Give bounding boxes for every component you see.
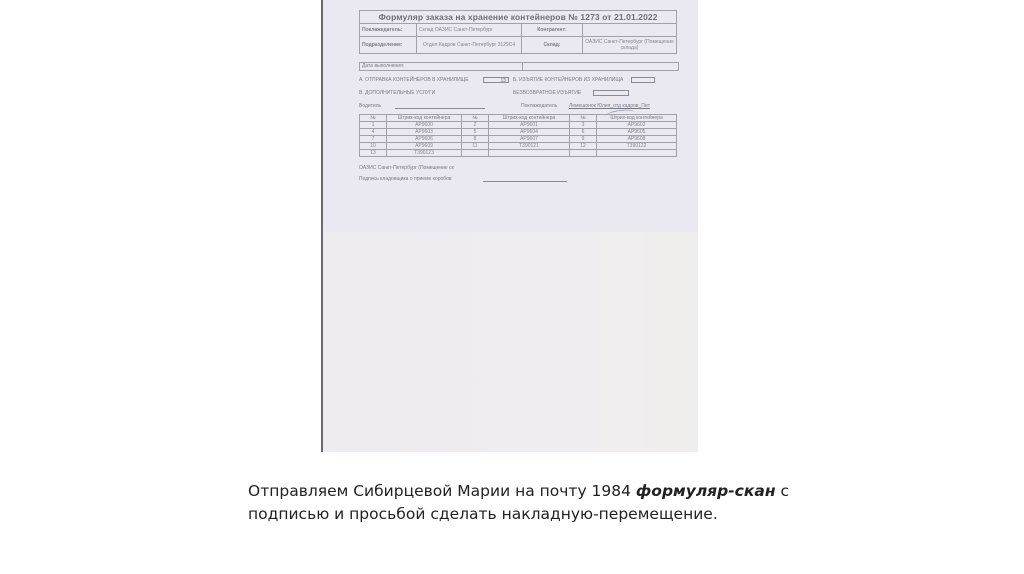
barcode-cell: AP9601 [489,122,570,129]
row-number-cell: 4 [360,129,387,136]
row-number-cell: 12 [570,143,597,150]
caption-bold-term: формуляр-скан [636,482,776,500]
barcode-cell: AP9609 [387,143,462,150]
counterparty-value [583,24,677,37]
row-number-cell: 10 [360,143,387,150]
barcode-cell: AP9605 [597,129,677,136]
form-title: Формуляр заказа на хранение контейнеров … [360,11,677,24]
warehouse-label: Склад: [522,37,583,54]
table-row: 13T390123 [360,150,677,157]
col-header: № [462,115,489,122]
withdraw-value [631,77,655,83]
table-row: 4AP96035AP96046AP9605 [360,129,677,136]
row-number-cell: 11 [462,143,489,150]
barcode-cell: AP9604 [489,129,570,136]
scanned-document: Формуляр заказа на хранение контейнеров … [321,0,698,452]
barcode-cell [489,150,570,157]
col-header: № [570,115,597,122]
col-header: Штрих-код контейнера [489,115,570,122]
slide-caption: Отправляем Сибирцевой Марии на почту 198… [248,480,808,526]
withdraw-label: Б. ИЗЪЯТИЕ КОНТЕЙНЕРОВ ИЗ ХРАНИЛИЩА [513,77,631,83]
barcode-cell: AP9600 [387,122,462,129]
form-header-table: Формуляр заказа на хранение контейнеров … [359,10,677,54]
col-header: № [360,115,387,122]
irreversible-value [593,90,629,96]
extra-label: В. ДОПОЛНИТЕЛЬНЫЕ УСЛУГИ [359,90,513,96]
barcode-cell: T390122 [597,143,677,150]
driver-label: Водитель [359,103,395,109]
depositor-label: Поклажедатель [521,103,569,109]
containers-table: № Штрих-код контейнера № Штрих-код конте… [359,114,677,157]
barcode-cell: AP9606 [387,136,462,143]
sender-value: Склад ОАЗИС Санкт-Петербург [417,24,522,37]
depositor-value: Лемешонок Юлия_отд кадров_Пит [569,103,650,109]
row-number-cell: 5 [462,129,489,136]
driver-signature-line [395,103,485,109]
sender-label: Поклажедатель: [360,24,417,37]
scan-bottom-region [323,232,698,452]
extra-row: В. ДОПОЛНИТЕЛЬНЫЕ УСЛУГИ БЕЗВОЗВРАТНОЕ И… [359,89,677,97]
signature-label: Подпись кладовщика о приеме коробов [359,176,483,182]
barcode-cell: AP9603 [387,129,462,136]
table-row: 1AP96002AP96013AP9602 [360,122,677,129]
barcode-cell: AP9602 [597,122,677,129]
department-value: Отдел Кадров Санкт-Петербург 3129С4 [417,37,522,54]
row-number-cell: 9 [570,136,597,143]
row-number-cell: 1 [360,122,387,129]
barcode-cell [597,150,677,157]
barcode-cell: AP9608 [597,136,677,143]
irreversible-label: БЕЗВОЗВРАТНОЕ ИЗЪЯТИЕ [513,90,593,96]
barcode-cell: AP9607 [489,136,570,143]
send-label: А. ОТПРАВКА КОНТЕЙНЕРОВ В ХРАНИЛИЩЕ [359,77,483,83]
row-number-cell [462,150,489,157]
location-note: ОАЗИС Санкт-Петербург (Помещение ск [359,165,677,171]
send-withdraw-row: А. ОТПРАВКА КОНТЕЙНЕРОВ В ХРАНИЛИЩЕ 13 Б… [359,76,677,84]
table-row: 10AP960911T39012112T390122 [360,143,677,150]
counterparty-label: Контрагент: [522,24,583,37]
storekeeper-signature-line [483,176,567,182]
caption-text-start: Отправляем Сибирцевой Марии на почту 198… [248,482,636,500]
date-row: Дата выполнения: [359,62,679,71]
date-label: Дата выполнения: [360,63,523,70]
row-number-cell: 6 [570,129,597,136]
row-number-cell: 7 [360,136,387,143]
barcode-cell: T390123 [387,150,462,157]
col-header: Штрих-код контейнера [387,115,462,122]
order-form: Формуляр заказа на хранение контейнеров … [359,10,677,183]
barcode-cell: T390121 [489,143,570,150]
row-number-cell: 8 [462,136,489,143]
row-number-cell [570,150,597,157]
row-number-cell: 13 [360,150,387,157]
row-number-cell: 2 [462,122,489,129]
storekeeper-signature-row: Подпись кладовщика о приеме коробов [359,175,677,183]
send-value: 13 [483,77,509,83]
department-label: Подразделение: [360,37,417,54]
warehouse-value: ОАЗИС Санкт-Петербург (Помещение склада) [583,37,677,54]
table-row: 7AP96068AP96079AP9608 [360,136,677,143]
row-number-cell: 3 [570,122,597,129]
